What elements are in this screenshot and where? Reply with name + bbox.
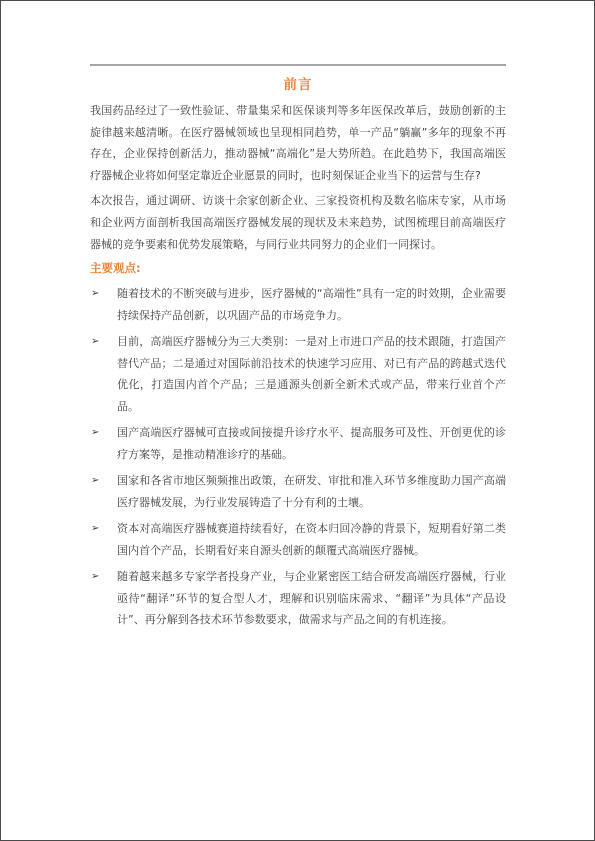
arrow-bullet-icon: ➢ bbox=[90, 422, 117, 465]
section-heading-key-points: 主要观点: bbox=[90, 259, 506, 277]
bullet-item: ➢ 国家和各省市地区频频推出政策，在研发、审批和准入环节多维度助力国产高端医疗器… bbox=[90, 470, 506, 513]
header-rule-divider bbox=[90, 64, 506, 66]
intro-paragraph-1: 我国药品经过了一致性验证、带量集采和医保谈判等多年医保改革后，鼓励创新的主旋律越… bbox=[90, 100, 506, 187]
arrow-bullet-icon: ➢ bbox=[90, 283, 117, 326]
bullet-item: ➢ 随着越来越多专家学者投身产业，与企业紧密医工结合研发高端医疗器械，行业亟待“… bbox=[90, 566, 506, 631]
bullet-text: 国产高端医疗器械可直接或间接提升诊疗水平、提高服务可及性、开创更优的诊疗方案等，… bbox=[117, 422, 506, 465]
arrow-bullet-icon: ➢ bbox=[90, 566, 117, 631]
arrow-bullet-icon: ➢ bbox=[90, 518, 117, 561]
bullet-text: 目前，高端医疗器械分为三大类别：一是对上市进口产品的技术跟随，打造国产替代产品；… bbox=[117, 331, 506, 418]
page-title: 前言 bbox=[90, 77, 506, 94]
bullet-text: 资本对高端医疗器械赛道持续看好，在资本归回冷静的背景下，短期看好第二类国内首个产… bbox=[117, 518, 506, 561]
bullet-text: 国家和各省市地区频频推出政策，在研发、审批和准入环节多维度助力国产高端医疗器械发… bbox=[117, 470, 506, 513]
document-page: 前言 我国药品经过了一致性验证、带量集采和医保谈判等多年医保改革后，鼓励创新的主… bbox=[0, 0, 595, 841]
bullet-item: ➢ 国产高端医疗器械可直接或间接提升诊疗水平、提高服务可及性、开创更优的诊疗方案… bbox=[90, 422, 506, 465]
bullet-text: 随着技术的不断突破与进步，医疗器械的“高端性”具有一定的时效期，企业需要持续保持… bbox=[117, 283, 506, 326]
arrow-bullet-icon: ➢ bbox=[90, 470, 117, 513]
bullet-text: 随着越来越多专家学者投身产业，与企业紧密医工结合研发高端医疗器械，行业亟待“翻译… bbox=[117, 566, 506, 631]
bullet-item: ➢ 资本对高端医疗器械赛道持续看好，在资本归回冷静的背景下，短期看好第二类国内首… bbox=[90, 518, 506, 561]
bullet-item: ➢ 随着技术的不断突破与进步，医疗器械的“高端性”具有一定的时效期，企业需要持续… bbox=[90, 283, 506, 326]
arrow-bullet-icon: ➢ bbox=[90, 331, 117, 418]
bullet-item: ➢ 目前，高端医疗器械分为三大类别：一是对上市进口产品的技术跟随，打造国产替代产… bbox=[90, 331, 506, 418]
intro-paragraph-2: 本次报告，通过调研、访谈十余家创新企业、三家投资机构及数名临床专家，从市场和企业… bbox=[90, 190, 506, 255]
document-content: 前言 我国药品经过了一致性验证、带量集采和医保谈判等多年医保改革后，鼓励创新的主… bbox=[1, 64, 594, 631]
